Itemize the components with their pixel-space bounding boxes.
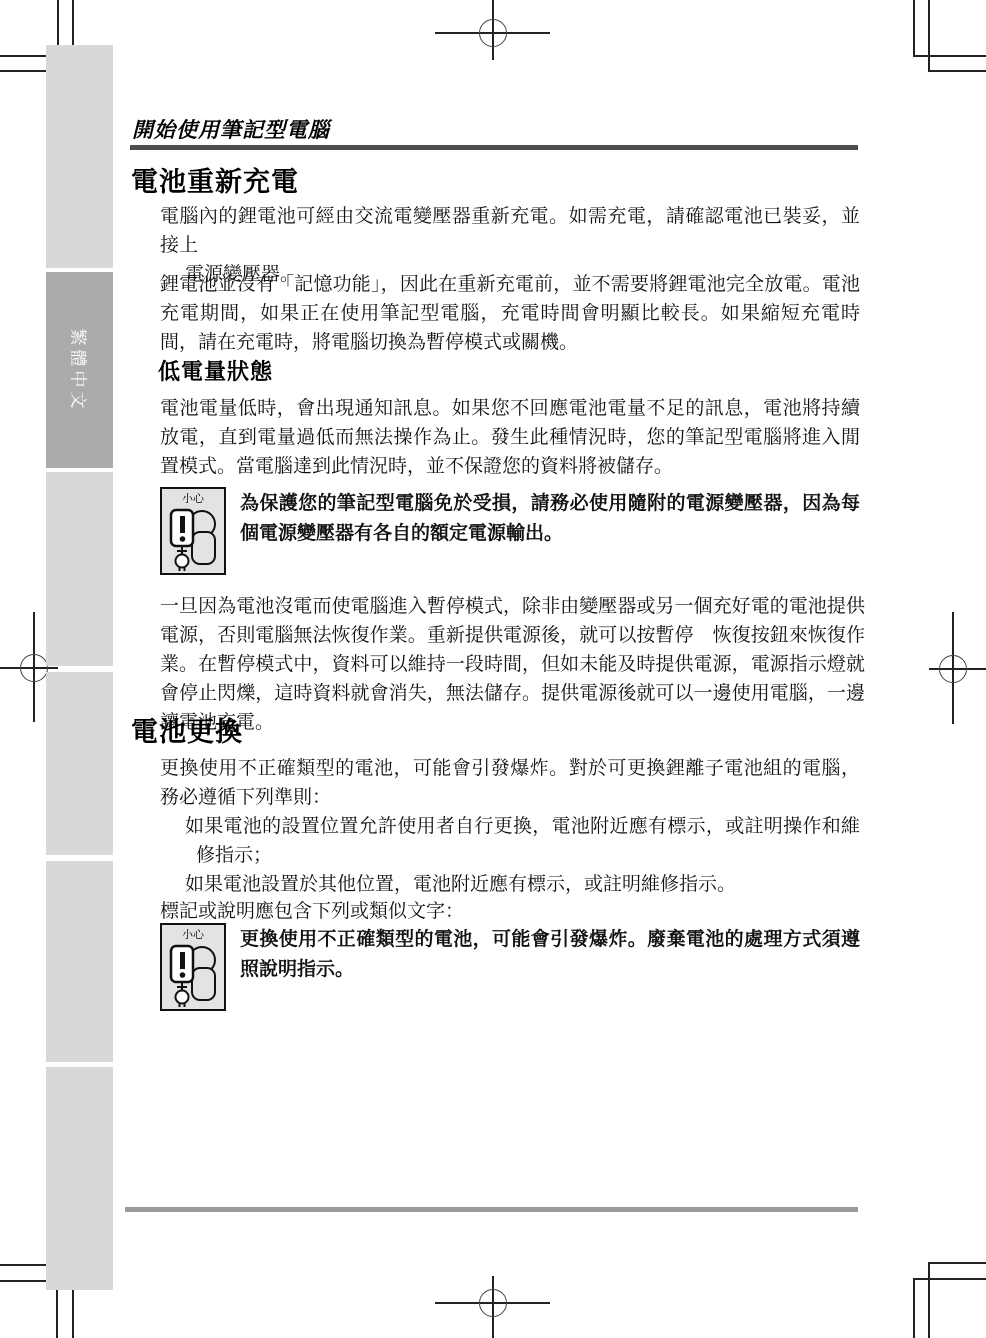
caution-box: 小心 [160, 487, 226, 575]
section-title-low-battery: 低電量狀態 [158, 355, 273, 386]
registration-mark [939, 655, 967, 683]
caution-text: 為保護您的筆記型電腦免於受損，請務必使用隨附的電源變壓器，因為每個電源變壓器有各… [240, 489, 860, 549]
crop-mark [913, 55, 986, 57]
paragraph-line: 電腦內的鋰電池可經由交流電變壓器重新充電。如需充電，請確認電池已裝妥，並接上 [160, 202, 860, 260]
sidebar-language-label-wrap: 繁體中文 [46, 272, 113, 468]
crop-mark [928, 0, 930, 72]
registration-mark [20, 654, 48, 682]
list-item: 如果電池的設置位置允許使用者自行更換，電池附近應有標示，或註明操作和維修指示； [160, 812, 860, 870]
crop-mark [928, 70, 986, 72]
manual-page: 繁體中文 開始使用筆記型電腦 電池重新充電 電腦內的鋰電池可經由交流電變壓器重新… [0, 0, 986, 1338]
caution-box: 小心 [160, 923, 226, 1011]
sidebar-block [46, 45, 113, 268]
sidebar-block [46, 861, 113, 1062]
sidebar-block [46, 472, 113, 666]
section-title-battery-recharge: 電池重新充電 [131, 160, 299, 199]
registration-mark [479, 1289, 507, 1317]
caution-plug-icon [164, 942, 222, 1008]
caution-label: 小心 [162, 489, 224, 506]
footer-rule [125, 1207, 858, 1212]
crop-mark [928, 1262, 930, 1338]
section-title-battery-replacement: 電池更換 [131, 710, 243, 749]
paragraph: 一旦因為電池沒電而使電腦進入暫停模式，除非由變壓器或另一個充好電的電池提供電源，… [160, 592, 865, 737]
caution-text: 更換使用不正確類型的電池，可能會引發爆炸。廢棄電池的處理方式須遵照說明指示。 [240, 925, 860, 985]
crop-mark [913, 1278, 915, 1338]
sidebar-language-tab: 繁體中文 [46, 272, 113, 468]
caution-plug-icon [164, 506, 222, 572]
sidebar-language-label: 繁體中文 [67, 328, 92, 412]
paragraph: 標記或說明應包含下列或類似文字： [160, 897, 860, 926]
sidebar-block [46, 1067, 113, 1290]
crop-mark [928, 1262, 986, 1264]
paragraph: 電池電量低時，會出現通知訊息。如果您不回應電池電量不足的訊息，電池將持續放電，直… [160, 394, 860, 481]
running-head-title: 開始使用筆記型電腦 [132, 114, 330, 144]
registration-mark [479, 19, 507, 47]
header-rule [130, 145, 858, 150]
crop-mark [913, 1278, 986, 1280]
paragraph: 更換使用不正確類型的電池，可能會引發爆炸。對於可更換鋰離子電池組的電腦，務必遵循… [160, 754, 860, 812]
caution-label: 小心 [162, 925, 224, 942]
sidebar-block [46, 672, 113, 855]
crop-mark [913, 0, 915, 57]
paragraph: 鋰電池並沒有「記憶功能」，因此在重新充電前，並不需要將鋰電池完全放電。電池充電期… [160, 270, 860, 357]
list-item: 如果電池設置於其他位置，電池附近應有標示，或註明維修指示。 [160, 870, 860, 899]
